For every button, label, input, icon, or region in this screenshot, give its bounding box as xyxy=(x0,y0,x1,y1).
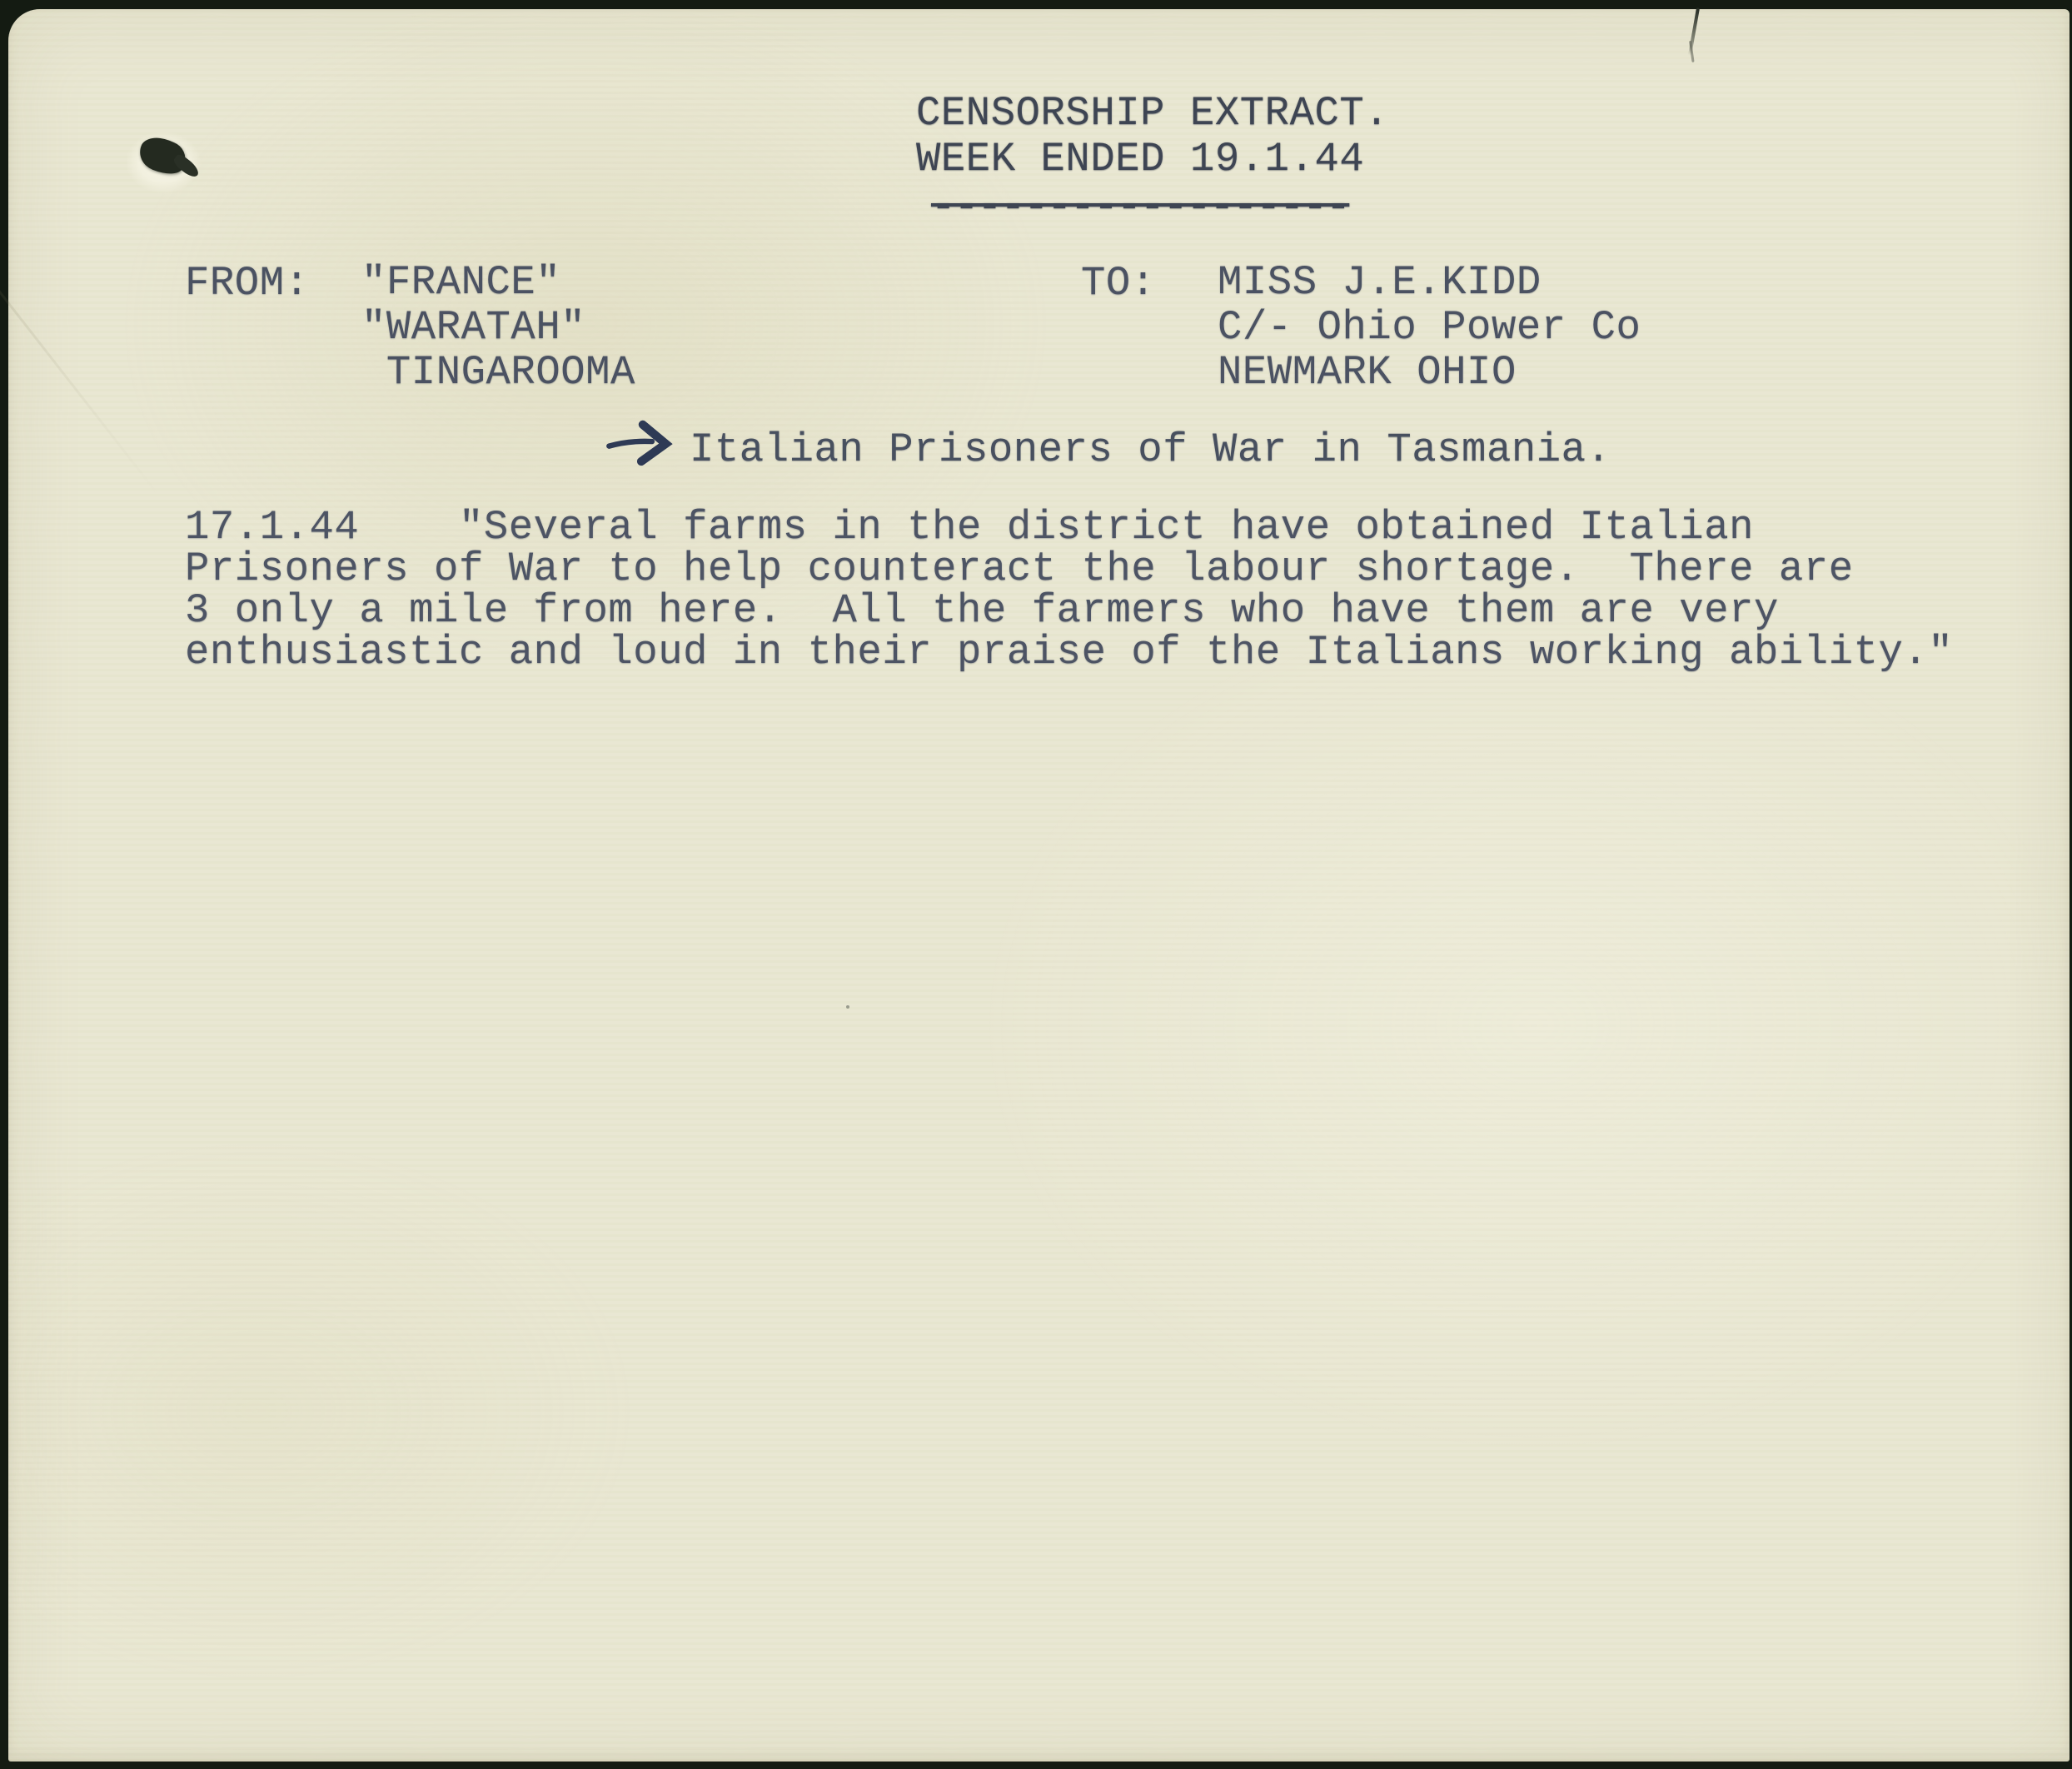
from-line-sender: "WARATAH" xyxy=(361,305,635,350)
body-line: Prisoners of War to help counteract the … xyxy=(185,548,1953,590)
divider-rule: ------------------ xyxy=(931,182,1349,229)
from-address: "FRANCE" "WARATAH" TINGAROOMA xyxy=(361,260,635,395)
document-page: CENSORSHIP EXTRACT. WEEK ENDED 19.1.44 -… xyxy=(8,9,2070,1762)
to-line-place: NEWMARK OHIO xyxy=(1218,350,1641,395)
ink-speck xyxy=(846,1005,849,1009)
from-line-place: TINGAROOMA xyxy=(361,350,635,395)
handwritten-arrow-icon xyxy=(603,414,680,471)
document-title: CENSORSHIP EXTRACT. xyxy=(916,90,1389,137)
document-subtitle: WEEK ENDED 19.1.44 xyxy=(916,136,1364,182)
from-line-sender: "FRANCE" xyxy=(361,260,635,305)
to-line-recipient: MISS J.E.KIDD xyxy=(1218,260,1641,305)
paper-crease xyxy=(0,260,161,498)
to-line-care-of: C/- Ohio Power Co xyxy=(1218,305,1641,350)
from-label: FROM: xyxy=(185,260,310,306)
subject-title: Italian Prisoners of War in Tasmania. xyxy=(690,426,1611,473)
to-address: MISS J.E.KIDD C/- Ohio Power Co NEWMARK … xyxy=(1218,260,1641,395)
body-line: 3 only a mile from here. All the farmers… xyxy=(185,590,1953,631)
extract-body: 17.1.44 "Several farms in the district h… xyxy=(185,506,1953,673)
body-line: enthusiastic and loud in their praise of… xyxy=(185,631,1953,673)
to-label: TO: xyxy=(1081,260,1156,306)
body-line: 17.1.44 "Several farms in the district h… xyxy=(185,506,1953,548)
top-edge-tear xyxy=(1688,7,1700,56)
